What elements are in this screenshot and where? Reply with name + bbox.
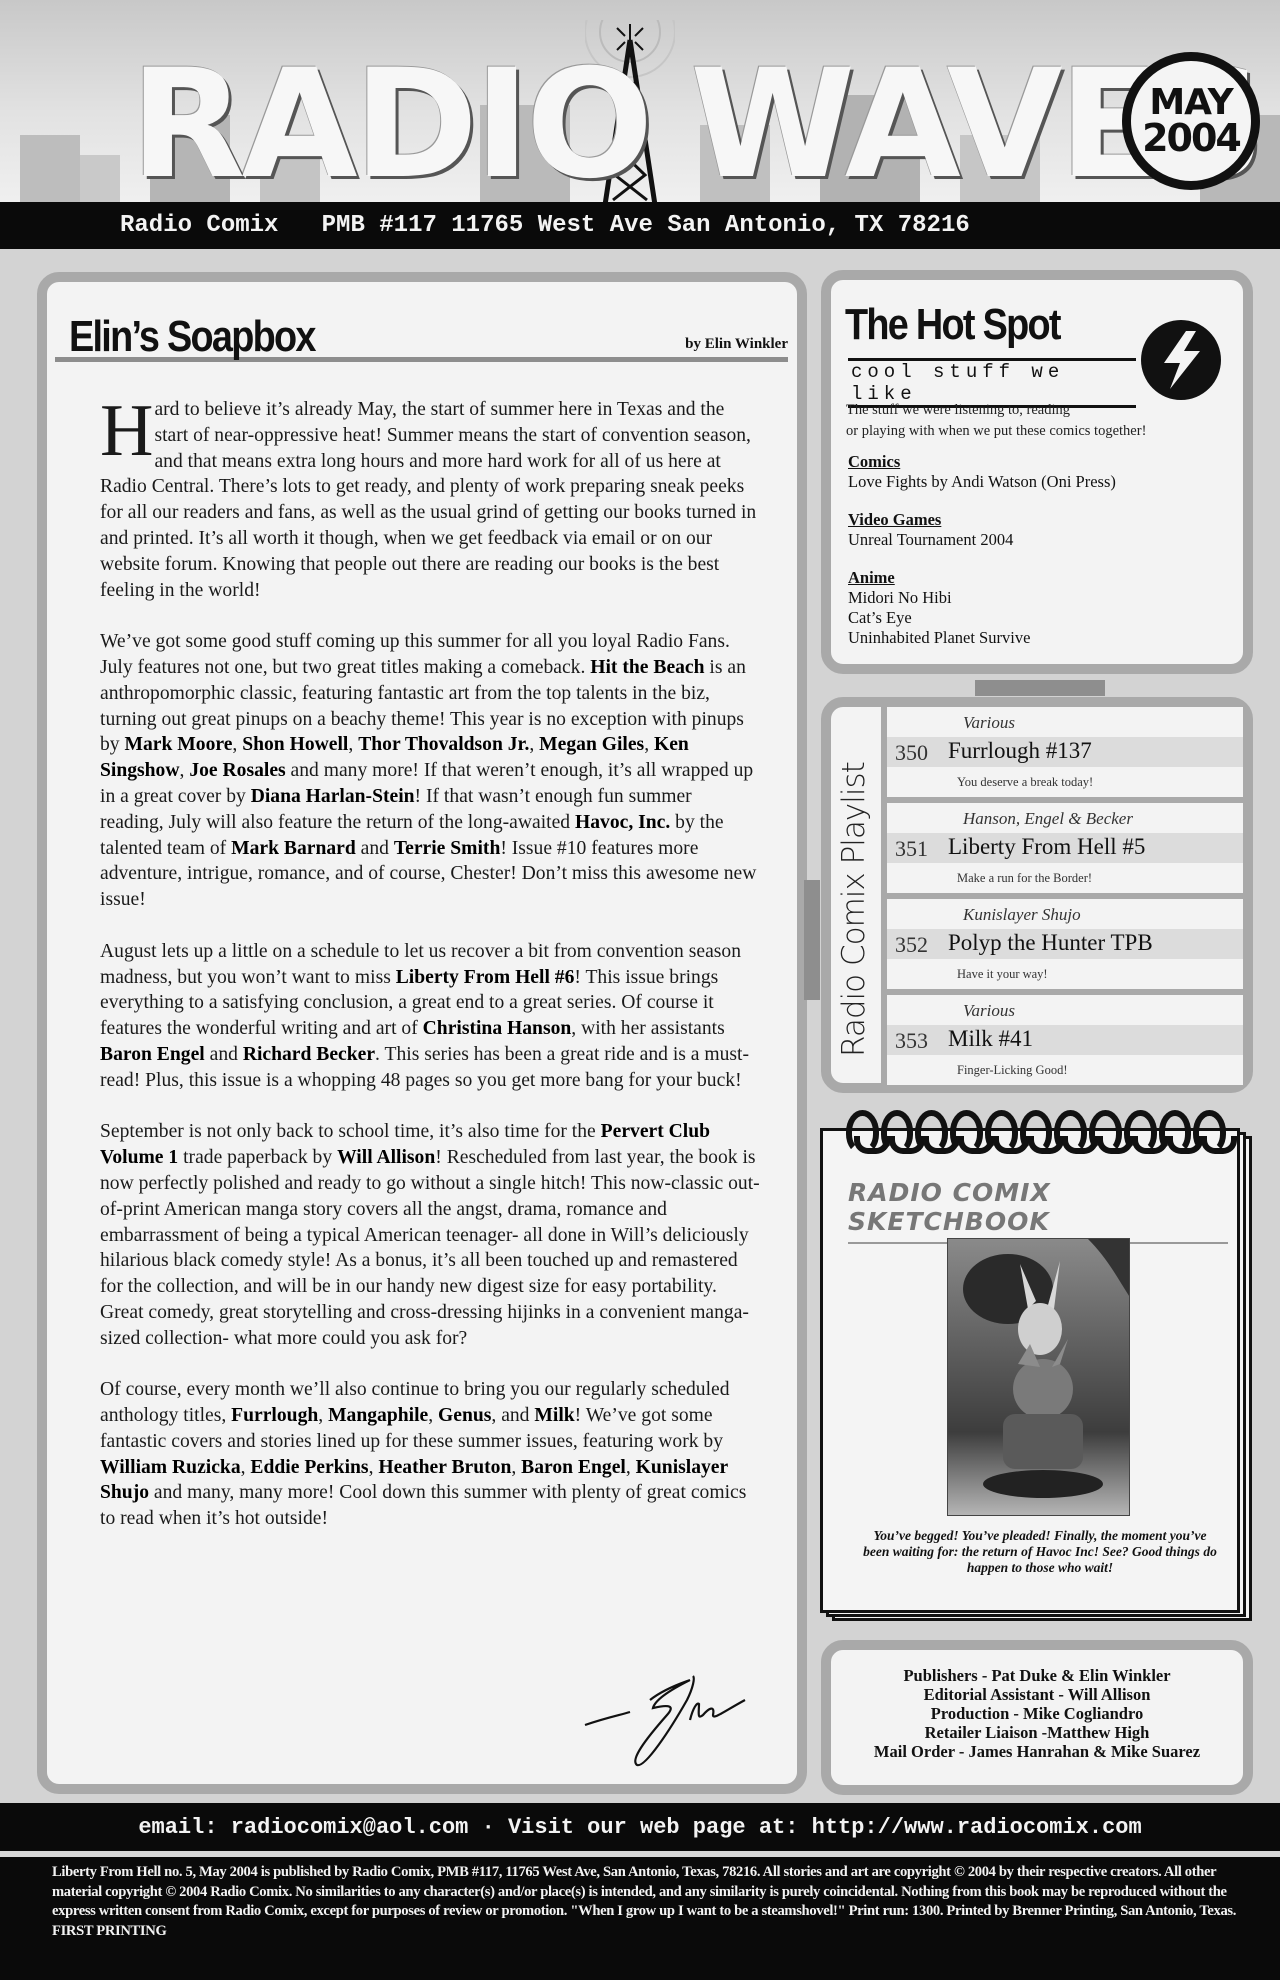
playlist-number: 352 <box>895 932 928 958</box>
highlighted-name: Christina Hanson <box>423 1018 572 1039</box>
playlist-author: Various <box>963 1001 1015 1021</box>
lightning-bolt-icon <box>1141 320 1221 400</box>
highlighted-name: Mangaphile <box>328 1405 428 1426</box>
contact-bar: email: radiocomix@aol.com · Visit our we… <box>0 1803 1280 1851</box>
playlist-number: 351 <box>895 836 928 862</box>
hot-spot-category-comics: Comics Love Fights by Andi Watson (Oni P… <box>848 452 1228 492</box>
drop-cap: H <box>100 403 153 459</box>
article-paragraph: We’ve got some good stuff coming up this… <box>100 629 760 913</box>
credits-panel: Publishers - Pat Duke & Elin Winkler Edi… <box>821 1640 1253 1795</box>
spiral-ring-icon <box>881 1110 914 1154</box>
sketchbook-panel: RADIO COMIX SKETCHBOOK You’ve begged! Yo… <box>820 1110 1255 1625</box>
playlist-side-label: Radio Comix Playlist <box>831 707 881 1083</box>
spiral-ring-icon <box>1020 1110 1053 1154</box>
signature-elin <box>575 1660 755 1770</box>
playlist-tagline: You deserve a break today! <box>957 775 1093 790</box>
publisher-address: PMB #117 11765 West Ave San Antonio, TX … <box>322 212 970 239</box>
article-paragraph: Hard to believe it’s already May, the st… <box>100 397 760 603</box>
playlist-title: Polyp the Hunter TPB <box>948 930 1153 956</box>
highlighted-name: Thor Thovaldson Jr. <box>358 734 529 755</box>
playlist-item: Various 350Furrlough #137 You deserve a … <box>887 707 1243 797</box>
spiral-ring-icon <box>1089 1110 1122 1154</box>
highlighted-name: Joe Rosales <box>189 760 285 781</box>
soapbox-article-body: Hard to believe it’s already May, the st… <box>100 397 760 1558</box>
staff-credits: Publishers - Pat Duke & Elin Winkler Edi… <box>831 1666 1243 1761</box>
playlist-author: Various <box>963 713 1015 733</box>
playlist-item: Kunislayer Shujo 352Polyp the Hunter TPB… <box>887 899 1243 989</box>
hot-spot-panel: The Hot Spot cool stuff we like The stuf… <box>821 270 1253 674</box>
spiral-ring-icon <box>846 1110 879 1154</box>
credit-line: Production - Mike Cogliandro <box>831 1704 1243 1723</box>
playlist-tagline: Finger-Licking Good! <box>957 1063 1068 1078</box>
playlist-items: Various 350Furrlough #137 You deserve a … <box>887 707 1243 1091</box>
issue-year: 2004 <box>1142 120 1240 156</box>
sketchbook-title: RADIO COMIX SKETCHBOOK <box>848 1178 1228 1244</box>
highlighted-name: Megan Giles <box>539 734 644 755</box>
soapbox-title: Elin’s Soapbox <box>69 312 315 362</box>
sketch-illustration <box>947 1238 1130 1516</box>
hot-spot-intro: The stuff we were listening to, reading … <box>846 400 1226 442</box>
playlist-number: 353 <box>895 1028 928 1054</box>
playlist-author: Hanson, Engel & Becker <box>963 809 1133 829</box>
highlighted-name: Terrie Smith <box>394 838 500 859</box>
credit-line: Mail Order - James Hanrahan & Mike Suare… <box>831 1742 1243 1761</box>
spiral-ring-icon <box>915 1110 948 1154</box>
highlighted-name: Diana Harlan-Stein <box>251 786 415 807</box>
credit-line: Editorial Assistant - Will Allison <box>831 1685 1243 1704</box>
publisher-name: Radio Comix <box>120 212 278 239</box>
spiral-ring-icon <box>985 1110 1018 1154</box>
address-bar: Radio Comix PMB #117 11765 West Ave San … <box>0 202 1280 249</box>
highlighted-name: Hit the Beach <box>590 657 704 678</box>
side-connector-bar <box>804 880 820 1000</box>
playlist-panel: Radio Comix Playlist Various 350Furrloug… <box>821 697 1253 1093</box>
highlighted-name: Havoc, Inc. <box>575 812 670 833</box>
highlighted-name: Eddie Perkins <box>250 1457 368 1478</box>
hot-spot-category-anime: Anime Midori No Hibi Cat’s Eye Uninhabit… <box>848 568 1228 648</box>
hot-spot-category-video-games: Video Games Unreal Tournament 2004 <box>848 510 1228 550</box>
playlist-item: Hanson, Engel & Becker 351Liberty From H… <box>887 803 1243 893</box>
highlighted-name: William Ruzicka <box>100 1457 241 1478</box>
issue-month: MAY <box>1149 86 1232 120</box>
playlist-tagline: Make a run for the Border! <box>957 871 1092 886</box>
article-paragraph: August lets up a little on a schedule to… <box>100 939 760 1094</box>
highlighted-name: Shon Howell <box>242 734 348 755</box>
credit-line: Retailer Liaison -Matthew High <box>831 1723 1243 1742</box>
logo-radio-text: RADIO <box>130 25 649 200</box>
playlist-title: Milk #41 <box>948 1026 1033 1052</box>
highlighted-name: Baron Engel <box>521 1457 626 1478</box>
highlighted-name: Furrlough <box>231 1405 318 1426</box>
soapbox-header: Elin’s Soapbox by Elin Winkler <box>55 312 788 362</box>
panel-connector-bar <box>975 680 1105 696</box>
highlighted-name: Heather Bruton <box>378 1457 511 1478</box>
highlighted-name: Richard Becker <box>243 1044 375 1065</box>
sketchbook-caption: You’ve begged! You’ve pleaded! Finally, … <box>860 1528 1220 1576</box>
masthead: RADIO WAVES MAY 2004 <box>0 0 1280 205</box>
playlist-item: Various 353Milk #41 Finger-Licking Good! <box>887 995 1243 1085</box>
article-paragraph: Of course, every month we’ll also contin… <box>100 1377 760 1532</box>
playlist-author: Kunislayer Shujo <box>963 905 1081 925</box>
highlighted-name: Baron Engel <box>100 1044 205 1065</box>
soapbox-panel: Elin’s Soapbox by Elin Winkler Hard to b… <box>37 272 807 1794</box>
highlighted-name: Milk <box>534 1405 574 1426</box>
playlist-number: 350 <box>895 740 928 766</box>
highlighted-name: Mark Barnard <box>231 838 356 859</box>
issue-date-badge: MAY 2004 <box>1122 52 1260 190</box>
playlist-title: Liberty From Hell #5 <box>948 834 1145 860</box>
highlighted-name: Genus <box>438 1405 491 1426</box>
spiral-ring-icon <box>1193 1110 1226 1154</box>
spiral-binding-icon <box>846 1110 1226 1160</box>
credit-line: Publishers - Pat Duke & Elin Winkler <box>831 1666 1243 1685</box>
spiral-ring-icon <box>1054 1110 1087 1154</box>
highlighted-name: Liberty From Hell #6 <box>396 967 575 988</box>
highlighted-name: Mark Moore <box>125 734 233 755</box>
playlist-title: Furrlough #137 <box>948 738 1092 764</box>
soapbox-byline: by Elin Winkler <box>685 336 788 353</box>
legal-notice: Liberty From Hell no. 5, May 2004 is pub… <box>0 1857 1280 1980</box>
spiral-ring-icon <box>1159 1110 1192 1154</box>
spiral-ring-icon <box>950 1110 983 1154</box>
article-paragraph: September is not only back to school tim… <box>100 1119 760 1351</box>
spiral-ring-icon <box>1124 1110 1157 1154</box>
hot-spot-title: The Hot Spot <box>845 302 1060 348</box>
highlighted-name: Will Allison <box>337 1147 435 1168</box>
playlist-tagline: Have it your way! <box>957 967 1048 982</box>
hot-spot-categories: Comics Love Fights by Andi Watson (Oni P… <box>848 452 1228 666</box>
